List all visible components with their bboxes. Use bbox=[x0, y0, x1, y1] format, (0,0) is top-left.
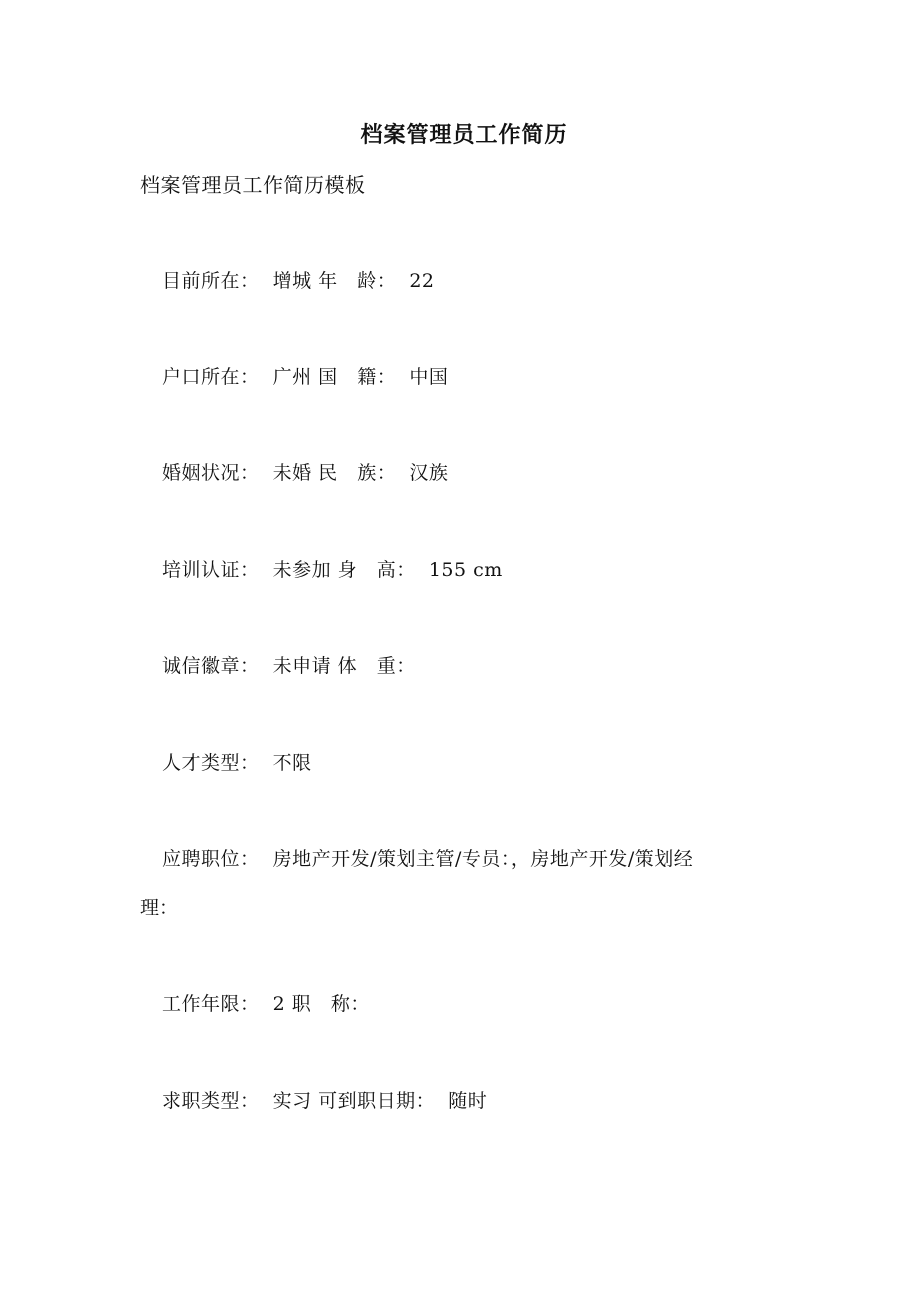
document-page: 档案管理员工作简历 档案管理员工作简历模板 目前所在： 增城 年 龄： 22 户… bbox=[0, 0, 920, 1302]
field-hukou-nationality: 户口所在： 广州 国 籍： 中国 bbox=[162, 363, 448, 391]
field-badge-weight: 诚信徽章： 未申请 体 重： bbox=[162, 652, 416, 680]
field-training-height: 培训认证： 未参加 身 高： 155 cm bbox=[162, 556, 503, 584]
document-subtitle: 档案管理员工作简历模板 bbox=[140, 171, 366, 199]
field-applied-position: 应聘职位： 房地产开发/策划主管/专员：，房地产开发/策划经 bbox=[162, 845, 693, 873]
field-job-type-start-date: 求职类型： 实习 可到职日期： 随时 bbox=[162, 1087, 487, 1115]
field-marital-ethnicity: 婚姻状况： 未婚 民 族： 汉族 bbox=[162, 459, 448, 487]
document-title: 档案管理员工作简历 bbox=[0, 120, 920, 150]
field-talent-type: 人才类型： 不限 bbox=[162, 749, 312, 777]
field-applied-position-continuation: 理： bbox=[140, 894, 178, 922]
field-work-years-title: 工作年限： 2 职 称： bbox=[162, 990, 370, 1018]
field-current-location-age: 目前所在： 增城 年 龄： 22 bbox=[162, 267, 435, 295]
